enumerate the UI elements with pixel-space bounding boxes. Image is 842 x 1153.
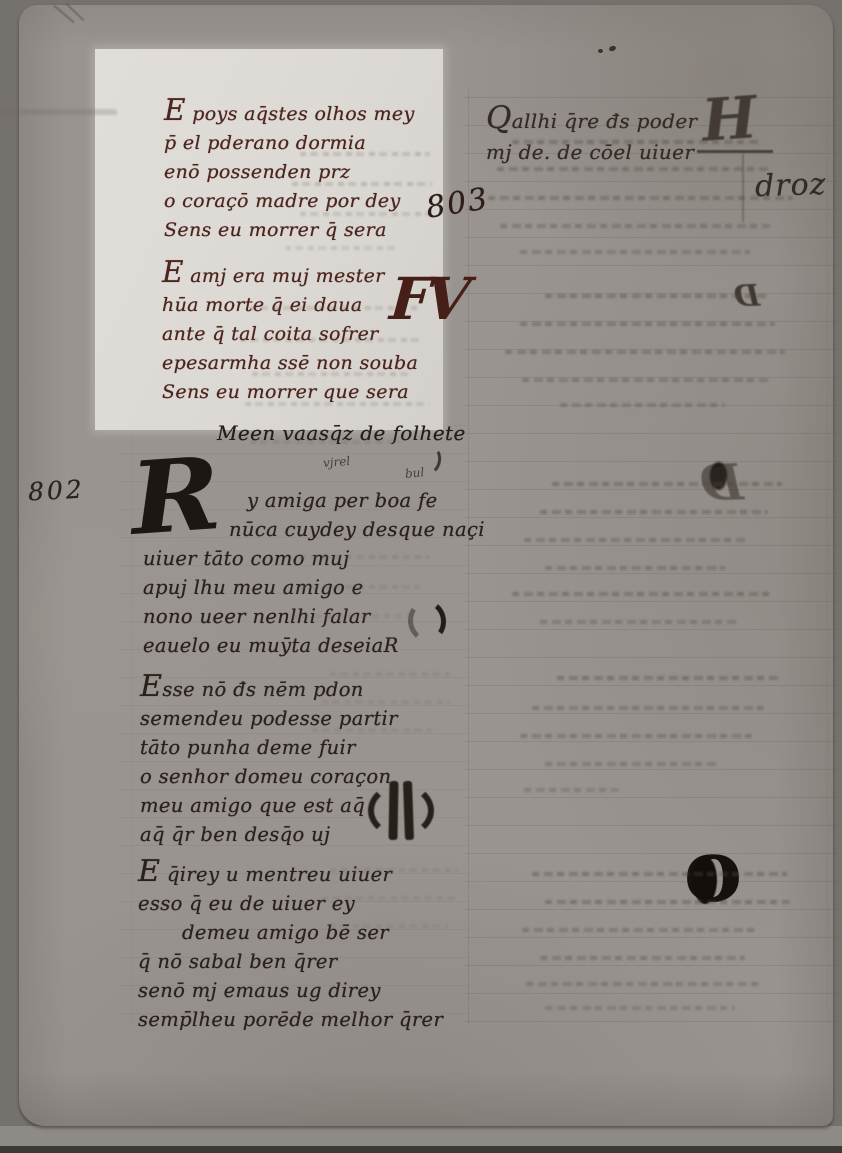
bleedthrough-line (545, 900, 790, 904)
bleedthrough-line (292, 614, 412, 618)
bleedthrough-line (250, 440, 400, 444)
stanza-highlight-2: E amj era muj mester hūa morte q̄ ei dau… (162, 262, 418, 407)
verse-line: tāto punha deme fuir (140, 733, 398, 762)
bleedthrough-line (488, 196, 793, 200)
interlinear-note: vjrel (322, 454, 350, 470)
bleedthrough-line (540, 620, 738, 624)
verse-line: nūca cuydey desque naçi (229, 515, 485, 544)
bleedthrough-line (526, 982, 761, 986)
ink-dot (608, 45, 616, 52)
bleedthrough-line (322, 700, 450, 704)
bleedthrough-line (330, 672, 450, 676)
bleedthrough-line (545, 762, 717, 766)
verse-line: E q̄irey u mentreu uiuer (138, 860, 443, 889)
verse-line: semp̄lheu porēde melhor q̄rer (138, 1005, 443, 1034)
folio-number-left: 802 (27, 475, 85, 507)
verse-line: q̄ nō sabal ben q̄rer (138, 947, 443, 976)
bleedthrough-line (557, 676, 782, 680)
bleedthrough-line (300, 555, 430, 559)
verse-line: aq̄ q̄r ben desq̄o uj (140, 820, 398, 849)
bleedthrough-line (330, 924, 448, 928)
manuscript-photo: E poys aq̄stes olhos mey p̄ el pderano d… (0, 0, 842, 1153)
table-surface-band (0, 1126, 842, 1147)
verse-line: o coraçō madre por dey (164, 187, 415, 216)
verse-line: E amj era muj mester (162, 262, 418, 291)
glyph-bar (388, 781, 398, 840)
bleedthrough-line (520, 734, 752, 738)
verse-line: enō possenden prz (164, 158, 415, 187)
verse-line: hūa morte q̄ ei daua (162, 291, 418, 320)
bleedthrough-line (545, 566, 725, 570)
bleedthrough-marks (0, 109, 117, 119)
bleedthrough-line (322, 896, 457, 900)
bleedthrough-line (520, 322, 775, 326)
verse-line: Sens eu morrer que sera (162, 378, 418, 407)
large-initial-fv: FV (388, 270, 466, 328)
bleedthrough-line (545, 294, 770, 298)
stanza-highlight-1: E poys aq̄stes olhos mey p̄ el pderano d… (164, 100, 415, 245)
bleedthrough-line (540, 956, 745, 960)
bleedthrough-line (330, 868, 458, 872)
verse-line: o senhor domeu coraçon (140, 762, 398, 791)
verse-line: senō mj emaus ug direy (138, 976, 443, 1005)
bleedthrough-line (545, 1006, 735, 1010)
bleedthrough-line (300, 585, 420, 589)
pen-trial-underline (697, 150, 773, 153)
pen-trial-tail (742, 154, 744, 222)
ink-dot (598, 49, 603, 53)
bleedthrough-initial-glyph (368, 783, 434, 838)
verse-line: y amiga per boa fe (247, 486, 485, 515)
bleedthrough-line (552, 482, 782, 486)
bleedthrough-line (522, 928, 757, 932)
column-rule-line (827, 90, 828, 1025)
stanza-left-3: E q̄irey u mentreu uiuer esso q̄ eu de u… (138, 860, 443, 1034)
bleedthrough-line (532, 706, 764, 710)
stanza-right-1: Qallhi q̄re đs poder mj de. de cōel uiue… (486, 106, 697, 168)
verse-line: demeu amigo bē ser (182, 918, 443, 947)
bleedthrough-line (560, 403, 725, 407)
verse-line: epesarmha ssē non souba (162, 349, 418, 378)
bleedthrough-line (505, 350, 785, 354)
bleedthrough-line (497, 167, 772, 171)
verse-line: Sens eu morrer q̄ sera (164, 216, 415, 245)
verse-line: meu amigo que est aq̄ (140, 791, 398, 820)
bleedthrough-line (285, 246, 395, 250)
bleedthrough-line (532, 872, 787, 876)
verse-line: p̄ el pderano dormia (164, 129, 415, 158)
bleedthrough-line (524, 788, 619, 792)
bleedthrough-line (312, 728, 432, 732)
ink-blob (693, 856, 717, 904)
ruling-lines-right-column (465, 97, 837, 1027)
verse-line: esso q̄ eu de uiuer ey (138, 889, 443, 918)
verse-line: ante q̄ tal coita sofrer (162, 320, 418, 349)
bleedthrough-line (512, 592, 774, 596)
bleedthrough-line (520, 250, 750, 254)
verse-line: Qallhi q̄re đs poder (486, 106, 697, 137)
bleedthrough-line (524, 538, 746, 542)
bleedthrough-line (500, 224, 770, 228)
glyph-ring (368, 783, 434, 838)
photo-bottom-edge (0, 1146, 842, 1153)
bleedthrough-line (522, 378, 772, 382)
verse-line: E poys aq̄stes olhos mey (164, 100, 415, 129)
bleedthrough-line (512, 140, 762, 144)
bleedthrough-line (540, 510, 768, 514)
